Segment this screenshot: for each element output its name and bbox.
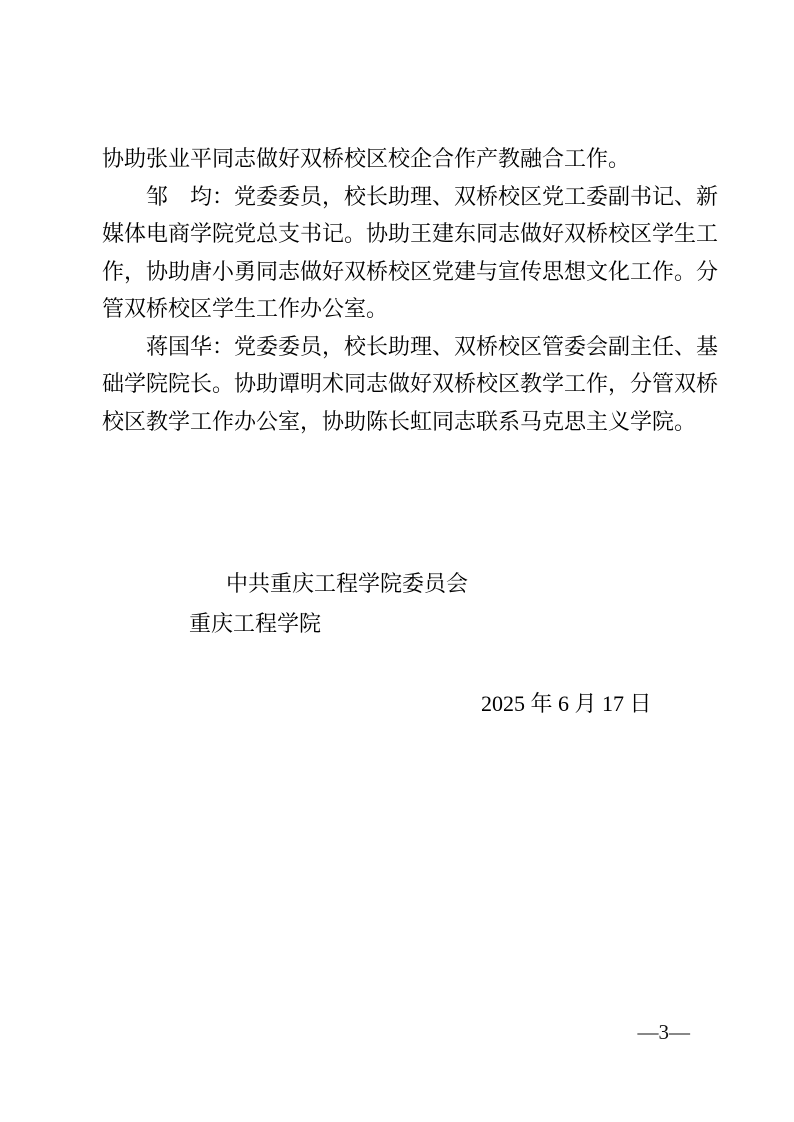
body-line: 邹 均：党委委员，校长助理、双桥校区党工委副书记、新 xyxy=(102,178,718,216)
signature-block: 中共重庆工程学院委员会 重庆工程学院 2025 年 6 月 17 日 xyxy=(102,524,718,724)
body-line: 校区教学工作办公室，协助陈长虹同志联系马克思主义学院。 xyxy=(102,403,718,441)
body-line: 蒋国华：党委委员，校长助理、双桥校区管委会副主任、基 xyxy=(102,328,718,366)
signature-row: 中共重庆工程学院委员会 重庆工程学院 xyxy=(102,524,718,684)
signature-date: 2025 年 6 月 17 日 xyxy=(481,684,718,724)
page-number: —3— xyxy=(638,1019,691,1045)
signature-committee: 中共重庆工程学院委员会 xyxy=(226,564,468,604)
body-line: 作，协助唐小勇同志做好双桥校区党建与宣传思想文化工作。分 xyxy=(102,253,718,291)
document-body: 协助张业平同志做好双桥校区校企合作产教融合工作。 邹 均：党委委员，校长助理、双… xyxy=(102,140,718,440)
body-line: 媒体电商学院党总支书记。协助王建东同志做好双桥校区学生工 xyxy=(102,215,718,253)
body-line: 协助张业平同志做好双桥校区校企合作产教融合工作。 xyxy=(102,140,718,178)
body-line: 础学院院长。协助谭明术同志做好双桥校区教学工作，分管双桥 xyxy=(102,365,718,403)
signature-institute: 重庆工程学院 xyxy=(189,604,321,644)
document-page: 协助张业平同志做好双桥校区校企合作产教融合工作。 邹 均：党委委员，校长助理、双… xyxy=(0,0,794,1122)
body-line: 管双桥校区学生工作办公室。 xyxy=(102,290,718,328)
